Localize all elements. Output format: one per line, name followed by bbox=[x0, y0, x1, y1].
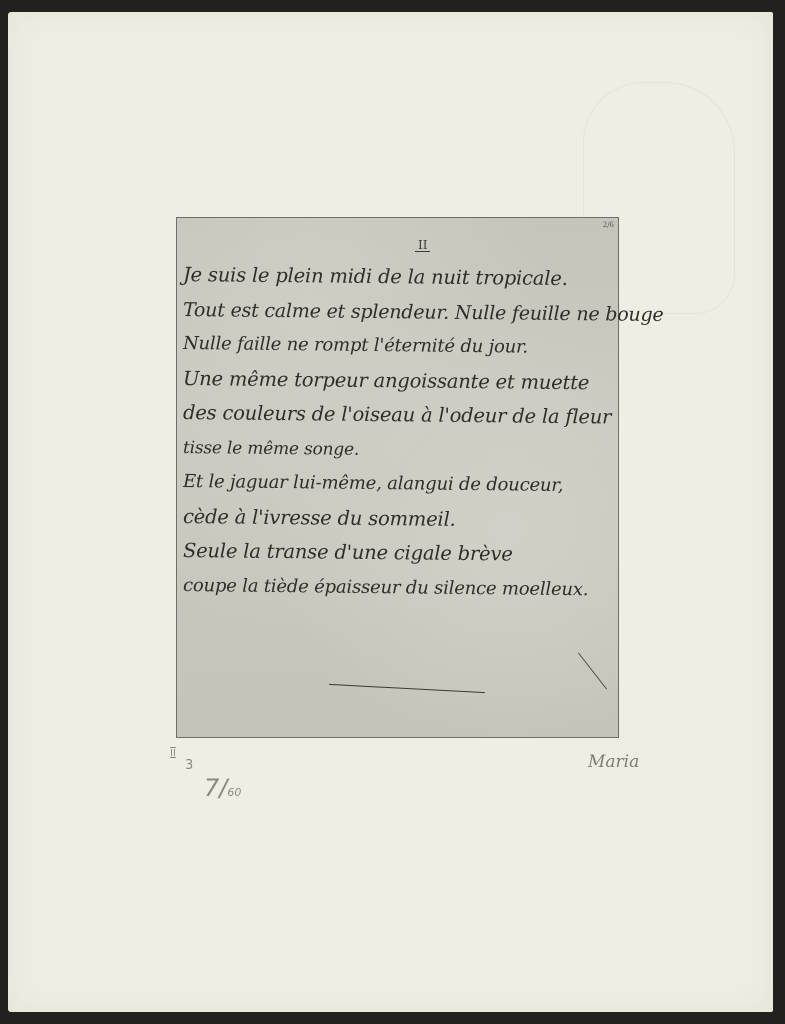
etched-plate: 2/6 II Je suis le plein midi de la nuit … bbox=[176, 217, 619, 738]
edition-total: 60 bbox=[227, 786, 241, 799]
poem-line: Tout est calme et splendeur. Nulle feuil… bbox=[183, 293, 615, 332]
poem-line: coupe la tiède épaisseur du silence moel… bbox=[183, 569, 615, 608]
cross-mark bbox=[578, 653, 607, 690]
edition-count: 7/60 bbox=[204, 774, 241, 802]
poem-line: Une même torpeur angoissante et muette bbox=[183, 362, 615, 401]
poem-line: tisse le même songe. bbox=[183, 431, 615, 470]
poem-line: des couleurs de l'oiseau à l'odeur de la… bbox=[183, 396, 615, 435]
series-number: II bbox=[170, 748, 176, 759]
poem-line: Seule la transe d'une cigale brève bbox=[183, 534, 615, 573]
poem-line: Et le jaguar lui-même, alangui de douceu… bbox=[183, 465, 615, 504]
poem-line: Je suis le plein midi de la nuit tropica… bbox=[183, 258, 615, 297]
poem-text: Je suis le plein midi de la nuit tropica… bbox=[183, 258, 615, 603]
poem-line: cède à l'ivresse du sommeil. bbox=[183, 500, 615, 539]
poem-heading: II bbox=[415, 240, 430, 252]
poem-line: Nulle faille ne rompt l'éternité du jour… bbox=[183, 327, 615, 366]
edition-number: 7 bbox=[204, 774, 219, 802]
plate-corner-mark: 2/6 bbox=[603, 221, 614, 229]
artist-signature: Maria bbox=[588, 752, 639, 772]
closing-flourish-line bbox=[329, 684, 485, 693]
proof-number: 3 bbox=[185, 758, 193, 773]
